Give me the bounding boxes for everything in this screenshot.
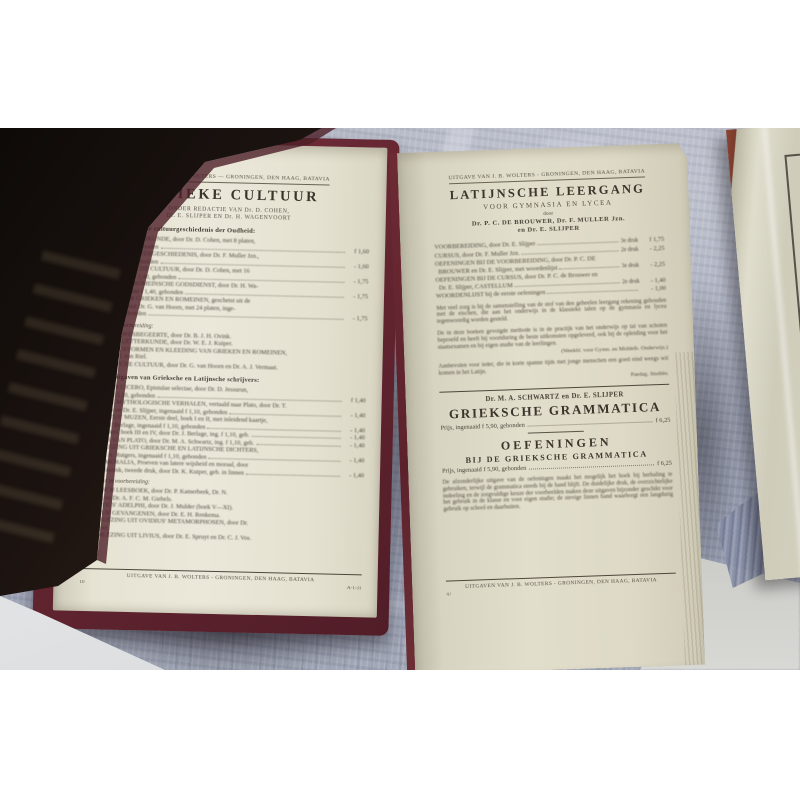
page-number: 10 [79,580,84,585]
print-code: 47 [446,592,451,597]
prep-b-list: LATIJNSCH LEESBOEK, door Dr. P. Kamerbee… [80,486,363,545]
page-footer: UITGAVEN VAN J. B. WOLTERS - GRONINGEN, … [446,573,676,598]
publisher-header: UITGAVE VAN J. B. WOLTERS - GRONINGEN, D… [432,168,662,182]
page-footer: UITGAVE VAN J. B. WOLTERS - GRONINGEN, D… [79,568,361,591]
series-list: VOORBEREIDING, door Dr. E. Slijper3e dru… [434,236,666,300]
review-paragraph: Met veel zorg is bij de samenstelling va… [436,297,667,326]
section-b-list: M. TULLIUS CICERO, Epistulae selectae, d… [82,383,366,479]
photo-of-books: UITGAVE VAN J. B. WOLTERS — GRONINGEN, D… [0,128,800,670]
right-book: UITGAVE VAN J. B. WOLTERS - GRONINGEN, D… [389,143,705,670]
right-book-page: UITGAVE VAN J. B. WOLTERS - GRONINGEN, D… [397,143,705,670]
description-paragraph: De afzonderlijke uitgave van de oefening… [442,471,673,514]
short-rule [528,430,584,433]
print-code: A-1-31 [347,586,362,591]
